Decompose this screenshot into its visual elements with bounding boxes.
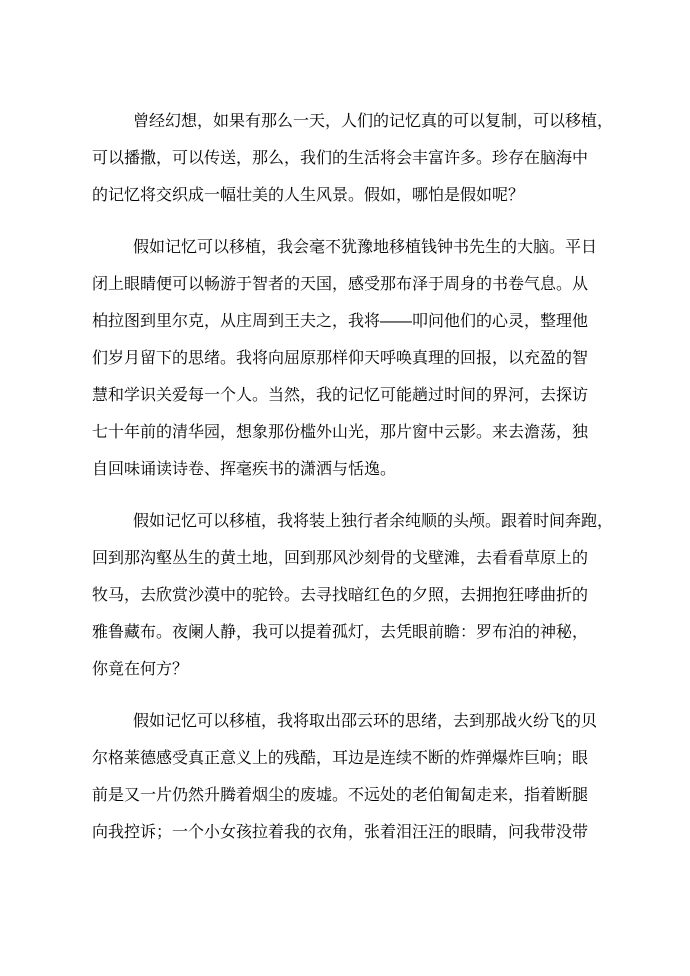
document-page: 曾经幻想，如果有那么一天，人们的记忆真的可以复制，可以移植， 可以播撒，可以传送… — [0, 0, 690, 976]
text-body: 曾经幻想，如果有那么一天，人们的记忆真的可以复制，可以移植， 可以播撒，可以传送… — [92, 103, 637, 866]
paragraph-2: 假如记忆可以移植，我会毫不犹豫地移植钱钟书先生的大脑。平日 闭上眼睛便可以畅游于… — [92, 229, 637, 488]
paragraph-1: 曾经幻想，如果有那么一天，人们的记忆真的可以复制，可以移植， 可以播撒，可以传送… — [92, 103, 637, 214]
paragraph-3: 假如记忆可以移植，我将装上独行者余纯顺的头颅。跟着时间奔跑， 回到那沟壑丛生的黄… — [92, 503, 637, 688]
paragraph-4: 假如记忆可以移植，我将取出邵云环的思绪，去到那战火纷飞的贝 尔格莱德感受真正意义… — [92, 703, 637, 851]
